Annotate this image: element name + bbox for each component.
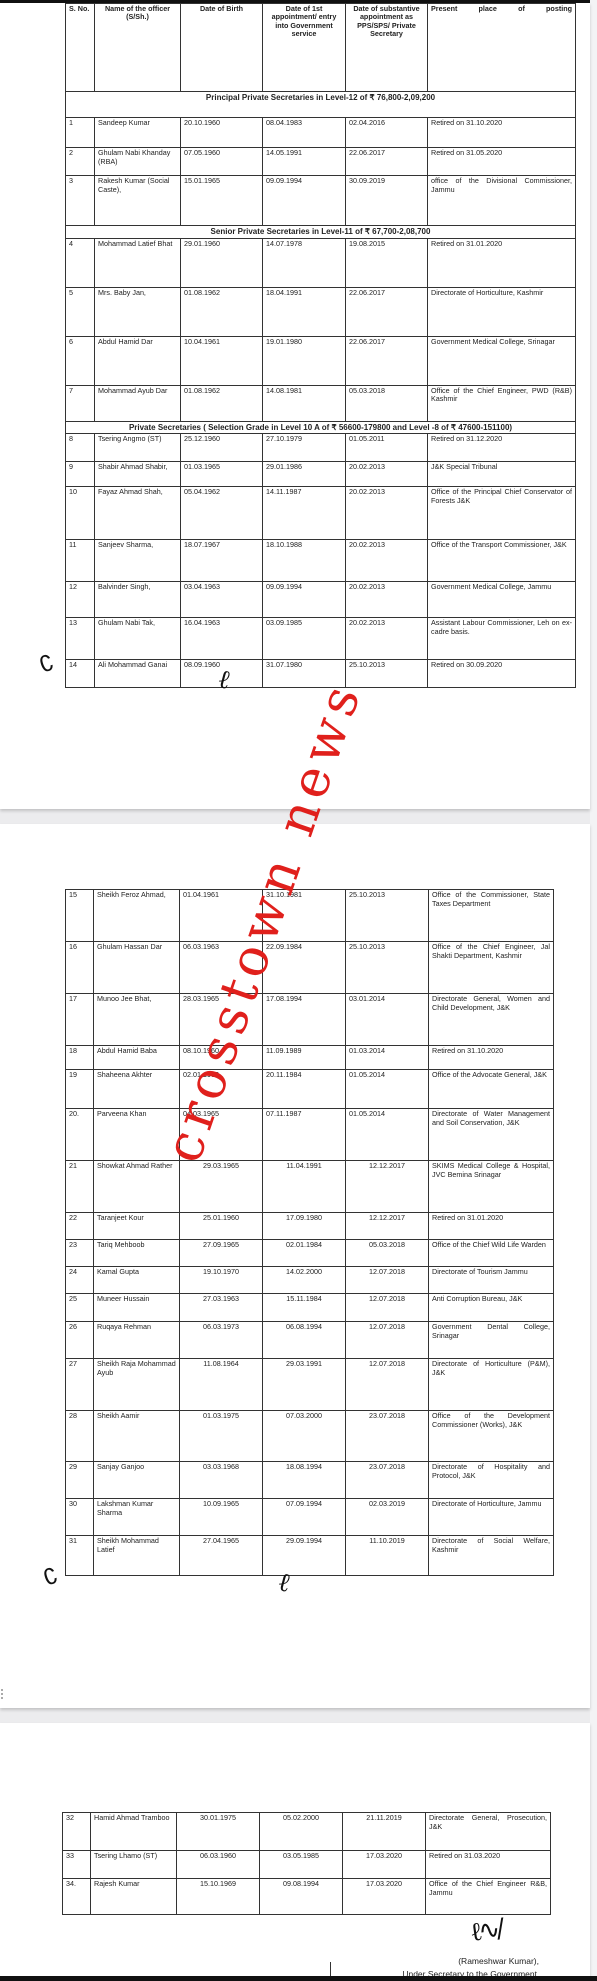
cell-first-appointment: 06.08.1994 — [263, 1322, 346, 1359]
signatory-name: (Rameshwar Kumar), — [458, 1956, 539, 1966]
cell-posting: Directorate General, Prosecution, J&K — [426, 1813, 551, 1851]
cell-sno: 15 — [66, 890, 94, 942]
cell-sno: 30 — [66, 1499, 94, 1536]
table-row: 14Ali Mohammad Ganai08.09.196031.07.1980… — [66, 660, 576, 688]
cell-date-of-birth: 08.10.1960 — [180, 1046, 263, 1070]
cell-date-of-birth: 27.04.1965 — [180, 1536, 263, 1576]
cell-first-appointment: 31.10.1981 — [263, 890, 346, 942]
cell-first-appointment: 11.09.1989 — [263, 1046, 346, 1070]
cell-first-appointment: 15.11.1984 — [263, 1294, 346, 1322]
cell-substantive-appointment: 12.12.2017 — [346, 1213, 429, 1240]
cell-posting: Directorate General, Women and Child Dev… — [429, 994, 554, 1046]
cell-date-of-birth: 11.08.1964 — [180, 1359, 263, 1411]
cell-posting: J&K Special Tribunal — [428, 462, 576, 487]
cell-substantive-appointment: 12.07.2018 — [346, 1359, 429, 1411]
cell-posting: Office of the Commissioner, State Taxes … — [429, 890, 554, 942]
table-row: 24Kamal Gupta19.10.197014.02.200012.07.2… — [66, 1267, 554, 1294]
cell-officer-name: Hamid Ahmad Tramboo — [91, 1813, 177, 1851]
cell-officer-name: Muneer Hussain — [94, 1294, 180, 1322]
cell-date-of-birth: 18.07.1967 — [181, 540, 263, 582]
signatory-designation: Under Secretary to the Government — [402, 1969, 537, 1976]
cell-substantive-appointment: 17.03.2020 — [343, 1851, 426, 1879]
cell-sno: 6 — [66, 336, 95, 385]
table-row: 32Hamid Ahmad Tramboo30.01.197505.02.200… — [63, 1813, 551, 1851]
cell-officer-name: Shaheena Akhter — [94, 1070, 180, 1109]
cell-sno: 10 — [66, 487, 95, 540]
cell-date-of-birth: 03.03.1968 — [180, 1462, 263, 1499]
cell-sno: 22 — [66, 1213, 94, 1240]
cell-sno: 25 — [66, 1294, 94, 1322]
cell-officer-name: Taranjeet Kour — [94, 1213, 180, 1240]
cell-first-appointment: 08.04.1983 — [263, 118, 346, 148]
cell-first-appointment: 29.09.1994 — [263, 1536, 346, 1576]
cell-first-appointment: 09.08.1994 — [260, 1879, 343, 1915]
cell-first-appointment: 07.09.1994 — [263, 1499, 346, 1536]
cell-officer-name: Fayaz Ahmad Shah, — [95, 487, 181, 540]
cell-posting: Retired on 31.01.2020 — [428, 238, 576, 287]
cell-posting: Retired on 31.10.2020 — [428, 118, 576, 148]
page-handle-icon — [1, 1689, 4, 1701]
cell-posting: Retired on 31.03.2020 — [426, 1851, 551, 1879]
cell-officer-name: Parveena Khan — [94, 1109, 180, 1161]
scrollbar[interactable] — [590, 0, 597, 1981]
cell-substantive-appointment: 25.10.2013 — [346, 890, 429, 942]
cell-date-of-birth: 19.10.1970 — [180, 1267, 263, 1294]
cell-date-of-birth: 20.10.1960 — [181, 118, 263, 148]
cell-posting: office of the Divisional Commissioner, J… — [428, 176, 576, 226]
cell-sno: 24 — [66, 1267, 94, 1294]
cell-sno: 11 — [66, 540, 95, 582]
cell-first-appointment: 18.04.1991 — [263, 287, 346, 336]
cell-sno: 16 — [66, 942, 94, 994]
cell-first-appointment: 27.10.1979 — [263, 434, 346, 462]
cell-date-of-birth: 05.04.1962 — [181, 487, 263, 540]
cell-substantive-appointment: 12.12.2017 — [346, 1161, 429, 1213]
cell-sno: 20. — [66, 1109, 94, 1161]
table-row: 22Taranjeet Kour25.01.196017.09.198012.1… — [66, 1213, 554, 1240]
cell-officer-name: Rakesh Kumar (Social Caste), — [95, 176, 181, 226]
section-heading-row: Private Secretaries ( Selection Grade in… — [66, 421, 576, 434]
cell-date-of-birth: 27.03.1963 — [180, 1294, 263, 1322]
cell-substantive-appointment: 22.06.2017 — [346, 287, 428, 336]
cell-sno: 17 — [66, 994, 94, 1046]
table-row: 23Tariq Mehboob27.09.196502.01.198405.03… — [66, 1240, 554, 1267]
table-header-row: S. No. Name of the officer (S/Sh.) Date … — [66, 4, 576, 92]
cell-sno: 9 — [66, 462, 95, 487]
cell-posting: Office of the Chief Engineer, PWD (R&B) … — [428, 385, 576, 421]
cell-officer-name: Munoo Jee Bhat, — [94, 994, 180, 1046]
table-row: 19Shaheena Akhter02.01.196320.11.198401.… — [66, 1070, 554, 1109]
cell-posting: Directorate of Hospitality and Protocol,… — [429, 1462, 554, 1499]
cell-substantive-appointment: 03.01.2014 — [346, 994, 429, 1046]
cell-first-appointment: 29.01.1986 — [263, 462, 346, 487]
cell-substantive-appointment: 19.08.2015 — [346, 238, 428, 287]
section-heading-row: Principal Private Secretaries in Level-1… — [66, 92, 576, 118]
cell-posting: Retired on 31.10.2020 — [429, 1046, 554, 1070]
cell-first-appointment: 31.07.1980 — [263, 660, 346, 688]
section-heading: Private Secretaries ( Selection Grade in… — [66, 421, 576, 434]
cell-date-of-birth: 01.08.1962 — [181, 385, 263, 421]
cell-first-appointment: 05.02.2000 — [260, 1813, 343, 1851]
cell-sno: 29 — [66, 1462, 94, 1499]
cell-substantive-appointment: 12.07.2018 — [346, 1267, 429, 1294]
cell-date-of-birth: 07.05.1960 — [181, 148, 263, 176]
cell-substantive-appointment: 25.10.2013 — [346, 942, 429, 994]
cell-officer-name: Ali Mohammad Ganai — [95, 660, 181, 688]
cell-first-appointment: 17.09.1980 — [263, 1213, 346, 1240]
cell-first-appointment: 18.10.1988 — [263, 540, 346, 582]
cell-substantive-appointment: 01.05.2014 — [346, 1070, 429, 1109]
cell-officer-name: Shabir Ahmad Shabir, — [95, 462, 181, 487]
cell-date-of-birth: 10.04.1961 — [181, 336, 263, 385]
section-heading: Principal Private Secretaries in Level-1… — [66, 92, 576, 118]
cell-posting: Directorate of Horticulture, Kashmir — [428, 287, 576, 336]
cell-substantive-appointment: 12.07.2018 — [346, 1294, 429, 1322]
cell-sno: 18 — [66, 1046, 94, 1070]
cell-first-appointment: 19.01.1980 — [263, 336, 346, 385]
cell-date-of-birth: 06.03.1963 — [180, 942, 263, 994]
cell-posting: Office of the Chief Wild Life Warden — [429, 1240, 554, 1267]
cell-first-appointment: 14.02.2000 — [263, 1267, 346, 1294]
table-row: 20.Parveena Khan04.03.196507.11.198701.0… — [66, 1109, 554, 1161]
cell-substantive-appointment: 22.06.2017 — [346, 336, 428, 385]
cell-officer-name: Tsering Angmo (ST) — [95, 434, 181, 462]
cell-officer-name: Kamal Gupta — [94, 1267, 180, 1294]
cell-date-of-birth: 01.03.1975 — [180, 1411, 263, 1462]
table-row: 16Ghulam Hassan Dar06.03.196322.09.19842… — [66, 942, 554, 994]
cell-first-appointment: 29.03.1991 — [263, 1359, 346, 1411]
cell-posting: Office of the Chief Engineer, Jal Shakti… — [429, 942, 554, 994]
cell-date-of-birth: 27.09.1965 — [180, 1240, 263, 1267]
cell-officer-name: Tsering Lhamo (ST) — [91, 1851, 177, 1879]
table-row: 27Sheikh Raja Mohammad Ayub11.08.196429.… — [66, 1359, 554, 1411]
cell-substantive-appointment: 22.06.2017 — [346, 148, 428, 176]
cell-sno: 23 — [66, 1240, 94, 1267]
cell-substantive-appointment: 01.05.2014 — [346, 1109, 429, 1161]
cell-sno: 33 — [63, 1851, 91, 1879]
cell-date-of-birth: 15.01.1965 — [181, 176, 263, 226]
cell-substantive-appointment: 20.02.2013 — [346, 582, 428, 618]
header-first-appointment: Date of 1st appointment/ entry into Gove… — [263, 4, 346, 92]
cell-date-of-birth: 25.01.1960 — [180, 1213, 263, 1240]
cell-sno: 31 — [66, 1536, 94, 1576]
cell-posting: Government Medical College, Srinagar — [428, 336, 576, 385]
cell-posting: Office of the Development Commissioner (… — [429, 1411, 554, 1462]
header-posting: Present place of posting — [428, 4, 576, 92]
table-row: 31Sheikh Mohammad Latief27.04.196529.09.… — [66, 1536, 554, 1576]
cell-substantive-appointment: 01.03.2014 — [346, 1046, 429, 1070]
cell-officer-name: Sheikh Raja Mohammad Ayub — [94, 1359, 180, 1411]
cell-sno: 2 — [66, 148, 95, 176]
table-row: 15Sheikh Feroz Ahmad,01.04.196131.10.198… — [66, 890, 554, 942]
cell-posting: Retired on 30.09.2020 — [428, 660, 576, 688]
header-substantive-appointment: Date of substantive appointment as PPS/S… — [346, 4, 428, 92]
cell-substantive-appointment: 11.10.2019 — [346, 1536, 429, 1576]
cell-date-of-birth: 10.09.1965 — [180, 1499, 263, 1536]
viewer-bottom-edge — [0, 1976, 597, 1981]
cell-posting: Retired on 31.01.2020 — [429, 1213, 554, 1240]
cell-substantive-appointment: 12.07.2018 — [346, 1322, 429, 1359]
cell-officer-name: Mohammad Ayub Dar — [95, 385, 181, 421]
cell-posting: Directorate of Social Welfare, Kashmir — [429, 1536, 554, 1576]
cell-sno: 21 — [66, 1161, 94, 1213]
signature-stroke — [330, 1962, 331, 1976]
cell-officer-name: Sanjay Ganjoo — [94, 1462, 180, 1499]
cell-date-of-birth: 15.10.1969 — [177, 1879, 260, 1915]
table-row: 1Sandeep Kumar20.10.196008.04.198302.04.… — [66, 118, 576, 148]
cell-posting: Government Medical College, Jammu — [428, 582, 576, 618]
cell-sno: 32 — [63, 1813, 91, 1851]
cell-date-of-birth: 30.01.1975 — [177, 1813, 260, 1851]
cell-officer-name: Lakshman Kumar Sharma — [94, 1499, 180, 1536]
header-dob: Date of Birth — [181, 4, 263, 92]
cell-substantive-appointment: 02.04.2016 — [346, 118, 428, 148]
cell-first-appointment: 14.07.1978 — [263, 238, 346, 287]
table-row: 29Sanjay Ganjoo03.03.196818.08.199423.07… — [66, 1462, 554, 1499]
officers-table-page-2: 15Sheikh Feroz Ahmad,01.04.196131.10.198… — [65, 889, 554, 1576]
cell-first-appointment: 14.05.1991 — [263, 148, 346, 176]
cell-substantive-appointment: 05.03.2018 — [346, 1240, 429, 1267]
table-row: 9Shabir Ahmad Shabir,01.03.196529.01.198… — [66, 462, 576, 487]
cell-substantive-appointment: 20.02.2013 — [346, 462, 428, 487]
table-row: 13Ghulam Nabi Tak,16.04.196303.09.198520… — [66, 618, 576, 660]
cell-officer-name: Ruqaya Rehman — [94, 1322, 180, 1359]
cell-substantive-appointment: 25.10.2013 — [346, 660, 428, 688]
header-name: Name of the officer (S/Sh.) — [95, 4, 181, 92]
cell-posting: Office of the Advocate General, J&K — [429, 1070, 554, 1109]
cell-officer-name: Sheikh Feroz Ahmad, — [94, 890, 180, 942]
cell-substantive-appointment: 20.02.2013 — [346, 540, 428, 582]
cell-first-appointment: 11.04.1991 — [263, 1161, 346, 1213]
cell-sno: 1 — [66, 118, 95, 148]
cell-posting: Government Dental College, Srinagar — [429, 1322, 554, 1359]
cell-sno: 34. — [63, 1879, 91, 1915]
table-row: 12Balvinder Singh,03.04.196309.09.199420… — [66, 582, 576, 618]
cell-officer-name: Ghulam Nabi Tak, — [95, 618, 181, 660]
cell-posting: Office of the Transport Commissioner, J&… — [428, 540, 576, 582]
cell-posting: Anti Corruption Bureau, J&K — [429, 1294, 554, 1322]
cell-posting: Retired on 31.12.2020 — [428, 434, 576, 462]
cell-first-appointment: 09.09.1994 — [263, 582, 346, 618]
cell-substantive-appointment: 21.11.2019 — [343, 1813, 426, 1851]
cell-date-of-birth: 25.12.1960 — [181, 434, 263, 462]
cell-sno: 13 — [66, 618, 95, 660]
table-row: 5Mrs. Baby Jan,01.08.196218.04.199122.06… — [66, 287, 576, 336]
table-row: 33Tsering Lhamo (ST)06.03.196003.05.1985… — [63, 1851, 551, 1879]
cell-date-of-birth: 29.03.1965 — [180, 1161, 263, 1213]
cell-officer-name: Rajesh Kumar — [91, 1879, 177, 1915]
cell-sno: 27 — [66, 1359, 94, 1411]
cell-sno: 4 — [66, 238, 95, 287]
table-row: 6Abdul Hamid Dar10.04.196119.01.198022.0… — [66, 336, 576, 385]
cell-substantive-appointment: 30.09.2019 — [346, 176, 428, 226]
cell-first-appointment: 14.11.1987 — [263, 487, 346, 540]
cell-sno: 28 — [66, 1411, 94, 1462]
cell-sno: 5 — [66, 287, 95, 336]
cell-posting: Directorate of Tourism Jammu — [429, 1267, 554, 1294]
cell-date-of-birth: 16.04.1963 — [181, 618, 263, 660]
cell-officer-name: Ghulam Hassan Dar — [94, 942, 180, 994]
table-row: 10Fayaz Ahmad Shah,05.04.196214.11.19872… — [66, 487, 576, 540]
cell-officer-name: Mohammad Latief Bhat — [95, 238, 181, 287]
cell-sno: 8 — [66, 434, 95, 462]
cell-date-of-birth: 01.08.1962 — [181, 287, 263, 336]
cell-date-of-birth: 03.04.1963 — [181, 582, 263, 618]
cell-officer-name: Mrs. Baby Jan, — [95, 287, 181, 336]
cell-date-of-birth: 06.03.1973 — [180, 1322, 263, 1359]
cell-date-of-birth: 06.03.1960 — [177, 1851, 260, 1879]
cell-sno: 12 — [66, 582, 95, 618]
cell-substantive-appointment: 05.03.2018 — [346, 385, 428, 421]
cell-date-of-birth: 28.03.1965 — [180, 994, 263, 1046]
table-row: 2Ghulam Nabi Khanday (RBA)07.05.196014.0… — [66, 148, 576, 176]
signature-mark: ℓ∿∕ — [468, 1914, 503, 1948]
cell-substantive-appointment: 20.02.2013 — [346, 487, 428, 540]
officers-table-page-3: 32Hamid Ahmad Tramboo30.01.197505.02.200… — [62, 1812, 551, 1915]
cell-first-appointment: 18.08.1994 — [263, 1462, 346, 1499]
cell-date-of-birth: 01.04.1961 — [180, 890, 263, 942]
table-row: 8Tsering Angmo (ST)25.12.196027.10.19790… — [66, 434, 576, 462]
cell-date-of-birth: 29.01.1960 — [181, 238, 263, 287]
table-row: 3Rakesh Kumar (Social Caste),15.01.19650… — [66, 176, 576, 226]
cell-substantive-appointment: 17.03.2020 — [343, 1879, 426, 1915]
header-sno: S. No. — [66, 4, 95, 92]
cell-officer-name: Balvinder Singh, — [95, 582, 181, 618]
cell-first-appointment: 03.05.1985 — [260, 1851, 343, 1879]
cell-date-of-birth: 04.03.1965 — [180, 1109, 263, 1161]
cell-substantive-appointment: 23.07.2018 — [346, 1411, 429, 1462]
section-heading-row: Senior Private Secretaries in Level-11 o… — [66, 226, 576, 239]
cell-sno: 7 — [66, 385, 95, 421]
cell-officer-name: Showkat Ahmad Rather — [94, 1161, 180, 1213]
cell-posting: Assistant Labour Commissioner, Leh on ex… — [428, 618, 576, 660]
table-row: 26Ruqaya Rehman06.03.197306.08.199412.07… — [66, 1322, 554, 1359]
cell-first-appointment: 03.09.1985 — [263, 618, 346, 660]
cell-posting: Directorate of Horticulture (P&M), J&K — [429, 1359, 554, 1411]
cell-substantive-appointment: 20.02.2013 — [346, 618, 428, 660]
table-row: 18Abdul Hamid Baba08.10.196011.09.198901… — [66, 1046, 554, 1070]
cell-first-appointment: 20.11.1984 — [263, 1070, 346, 1109]
cell-substantive-appointment: 02.03.2019 — [346, 1499, 429, 1536]
cell-officer-name: Sheikh Mohammad Latief — [94, 1536, 180, 1576]
cell-date-of-birth: 01.03.1965 — [181, 462, 263, 487]
table-row: 21Showkat Ahmad Rather29.03.196511.04.19… — [66, 1161, 554, 1213]
table-row: 34.Rajesh Kumar15.10.196909.08.199417.03… — [63, 1879, 551, 1915]
table-row: 11Sanjeev Sharma,18.07.196718.10.198820.… — [66, 540, 576, 582]
cell-first-appointment: 22.09.1984 — [263, 942, 346, 994]
table-row: 4Mohammad Latief Bhat29.01.196014.07.197… — [66, 238, 576, 287]
cell-substantive-appointment: 23.07.2018 — [346, 1462, 429, 1499]
table-row: 7Mohammad Ayub Dar01.08.196214.08.198105… — [66, 385, 576, 421]
cell-posting: Retired on 31.05.2020 — [428, 148, 576, 176]
cell-posting: Office of the Principal Chief Conservato… — [428, 487, 576, 540]
cell-officer-name: Tariq Mehboob — [94, 1240, 180, 1267]
table-row: 25Muneer Hussain27.03.196315.11.198412.0… — [66, 1294, 554, 1322]
cell-posting: SKIMS Medical College & Hospital, JVC Be… — [429, 1161, 554, 1213]
section-heading: Senior Private Secretaries in Level-11 o… — [66, 226, 576, 239]
cell-date-of-birth: 02.01.1963 — [180, 1070, 263, 1109]
table-row: 28Sheikh Aamir01.03.197507.03.200023.07.… — [66, 1411, 554, 1462]
cell-first-appointment: 17.08.1994 — [263, 994, 346, 1046]
cell-officer-name: Sandeep Kumar — [95, 118, 181, 148]
cell-sno: 14 — [66, 660, 95, 688]
cell-sno: 26 — [66, 1322, 94, 1359]
cell-first-appointment: 09.09.1994 — [263, 176, 346, 226]
table-row: 17Munoo Jee Bhat,28.03.196517.08.199403.… — [66, 994, 554, 1046]
cell-officer-name: Sheikh Aamir — [94, 1411, 180, 1462]
cell-officer-name: Abdul Hamid Baba — [94, 1046, 180, 1070]
cell-posting: Office of the Chief Engineer R&B, Jammu — [426, 1879, 551, 1915]
cell-first-appointment: 07.03.2000 — [263, 1411, 346, 1462]
cell-posting: Directorate of Water Management and Soil… — [429, 1109, 554, 1161]
cell-substantive-appointment: 01.05.2011 — [346, 434, 428, 462]
cell-first-appointment: 07.11.1987 — [263, 1109, 346, 1161]
cell-officer-name: Sanjeev Sharma, — [95, 540, 181, 582]
table-row: 30Lakshman Kumar Sharma10.09.196507.09.1… — [66, 1499, 554, 1536]
cell-first-appointment: 02.01.1984 — [263, 1240, 346, 1267]
cell-officer-name: Abdul Hamid Dar — [95, 336, 181, 385]
cell-sno: 3 — [66, 176, 95, 226]
officers-table-page-1: S. No. Name of the officer (S/Sh.) Date … — [65, 3, 576, 688]
cell-posting: Directorate of Horticulture, Jammu — [429, 1499, 554, 1536]
cell-sno: 19 — [66, 1070, 94, 1109]
cell-first-appointment: 14.08.1981 — [263, 385, 346, 421]
cell-officer-name: Ghulam Nabi Khanday (RBA) — [95, 148, 181, 176]
